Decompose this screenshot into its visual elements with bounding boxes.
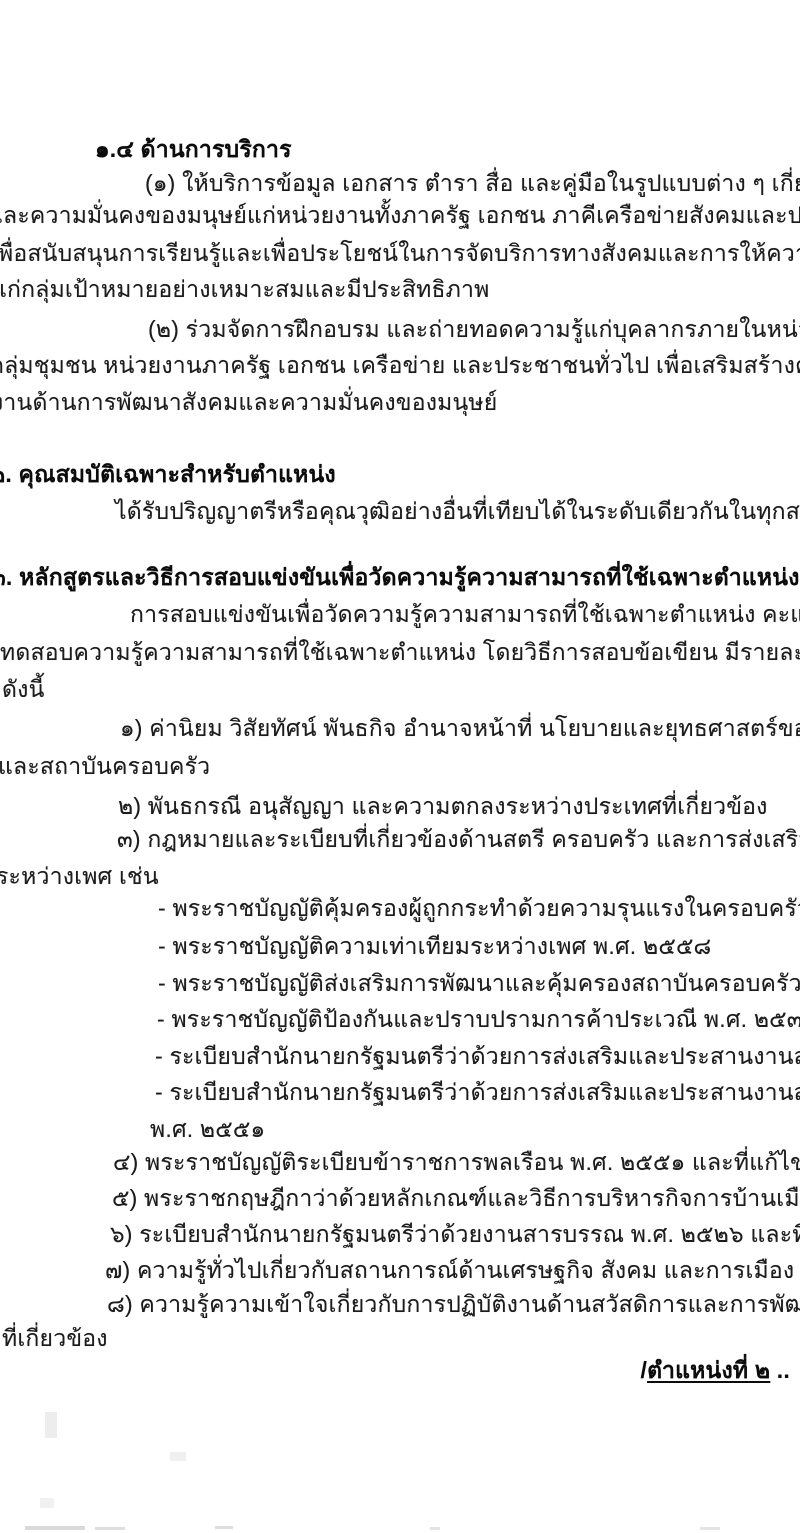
- topic-5: ๕) พระราชกฤษฎีกาว่าด้วยหลักเกณฑ์และวิธีก…: [112, 1183, 800, 1213]
- law-item-2: - พระราชบัญญัติความเท่าเทียมระหว่างเพศ พ…: [158, 931, 712, 961]
- section-2-heading: ๒. คุณสมบัติเฉพาะสำหรับตำแหน่ง: [0, 459, 336, 489]
- topic-3-line-1: ๓) กฎหมายและระเบียบที่เกี่ยวข้องด้านสตรี…: [117, 824, 800, 854]
- scan-artifact: [170, 1452, 186, 1461]
- exam-intro-line-1: การสอบแข่งขันเพื่อวัดความรู้ความสามารถที…: [130, 599, 800, 629]
- para-1-line-4: แก่กลุ่มเป้าหมายอย่างเหมาะสมและมีประสิทธ…: [0, 274, 490, 304]
- scan-artifact: [430, 1527, 440, 1530]
- scan-artifact: [45, 1412, 57, 1438]
- topic-7: ๗) ความรู้ทั่วไปเกี่ยวกับสถานการณ์ด้านเศ…: [105, 1255, 794, 1285]
- continuation-label: ตำแหน่งที่ ๒: [647, 1357, 770, 1383]
- topic-8-line-2: ที่เกี่ยวข้อง: [2, 1323, 108, 1353]
- exam-intro-line-2: ทดสอบความรู้ความสามารถที่ใช้เฉพาะตำแหน่ง…: [0, 637, 800, 667]
- law-item-3: - พระราชบัญญัติส่งเสริมการพัฒนาและคุ้มคร…: [158, 968, 800, 998]
- topic-2: ๒) พันธกรณี อนุสัญญา และความตกลงระหว่างป…: [118, 791, 768, 821]
- exam-intro-line-3: ดังนี้: [2, 674, 45, 704]
- para-2-line-2: กลุ่มชุมชน หน่วยงานภาครัฐ เอกชน เครือข่า…: [0, 350, 800, 380]
- scan-artifact: [700, 1527, 720, 1530]
- topic-4: ๔) พระราชบัญญัติระเบียบข้าราชการพลเรือน …: [113, 1147, 800, 1177]
- scan-artifact: [215, 1526, 233, 1529]
- topic-6: ๖) ระเบียบสำนักนายกรัฐมนตรีว่าด้วยงานสาร…: [110, 1219, 800, 1249]
- topic-1-line-1: ๑) ค่านิยม วิสัยทัศน์ พันธกิจ อำนาจหน้าท…: [120, 713, 800, 743]
- section-3-heading: ๓. หลักสูตรและวิธีการสอบแข่งขันเพื่อวัดค…: [0, 562, 800, 592]
- scan-artifact: [40, 1498, 54, 1508]
- law-item-6: - ระเบียบสำนักนายกรัฐมนตรีว่าด้วยการส่งเ…: [155, 1077, 800, 1107]
- para-1-line-2: และความมั่นคงของมนุษย์แก่หน่วยงานทั้งภาค…: [0, 200, 800, 230]
- scanned-document-page: ๑.๔ ด้านการบริการ (๑) ให้บริการข้อมูล เอ…: [0, 0, 800, 1533]
- topic-1-line-2: และสถาบันครอบครัว: [0, 751, 210, 781]
- section-2-body: ได้รับปริญญาตรีหรือคุณวุฒิอย่างอื่นที่เท…: [115, 496, 800, 526]
- para-1-line-1: (๑) ให้บริการข้อมูล เอกสาร ตำรา สื่อ และ…: [145, 168, 800, 198]
- topic-3-line-2: ระหว่างเพศ เช่น: [0, 861, 159, 891]
- law-item-6-continuation: พ.ศ. ๒๕๕๑: [150, 1114, 265, 1144]
- para-2-line-3: งานด้านการพัฒนาสังคมและความมั่นคงของมนุษ…: [0, 387, 497, 417]
- para-2-line-1: (๒) ร่วมจัดการฝึกอบรม และถ่ายทอดความรู้แ…: [148, 314, 800, 344]
- topic-8-line-1: ๘) ความรู้ความเข้าใจเกี่ยวกับการปฏิบัติง…: [107, 1289, 800, 1319]
- scan-artifact: [95, 1527, 125, 1530]
- section-1-4-heading: ๑.๔ ด้านการบริการ: [95, 134, 292, 164]
- law-item-5: - ระเบียบสำนักนายกรัฐมนตรีว่าด้วยการส่งเ…: [155, 1041, 800, 1071]
- page-continuation-note: /ตำแหน่งที่ ๒ ..: [641, 1355, 790, 1385]
- scan-artifact: [25, 1526, 85, 1530]
- law-item-1: - พระราชบัญญัติคุ้มครองผู้ถูกกระทำด้วยคว…: [158, 893, 800, 923]
- para-1-line-3: เพื่อสนับสนุนการเรียนรู้และเพื่อประโยชน์…: [0, 238, 800, 268]
- continuation-dots: ..: [770, 1357, 790, 1383]
- law-item-4: - พระราชบัญญัติป้องกันและปราบปรามการค้าป…: [157, 1004, 800, 1034]
